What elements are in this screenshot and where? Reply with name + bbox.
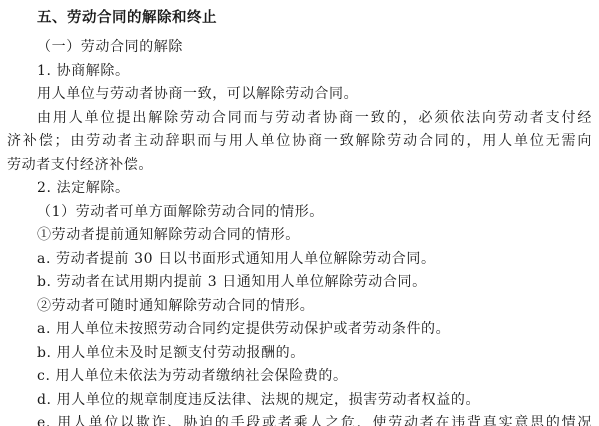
paragraph-line: 劳动者支付经济补偿。	[7, 156, 153, 174]
list-item: b. 劳动者在试用期内提前 3 日通知用人单位解除劳动合同。	[37, 273, 427, 291]
paragraph-line: 济补偿；由劳动者主动辞职而与用人单位协商一致解除劳动合同的，用人单位无需向	[7, 132, 592, 150]
subsection-heading: （一）劳动合同的解除	[37, 38, 183, 56]
list-item: e. 用人单位以欺诈、胁迫的手段或者乘人之危，使劳动者在违背真实意思的情况	[37, 414, 592, 426]
paragraph-line: 由用人单位提出解除劳动合同而与劳动者协商一致的，必须依法向劳动者支付经	[37, 109, 592, 127]
list-item: b. 用人单位未及时足额支付劳动报酬的。	[37, 344, 305, 362]
item-heading: 1. 协商解除。	[37, 62, 130, 80]
item-heading: 2. 法定解除。	[37, 179, 130, 197]
list-item: c. 用人单位未依法为劳动者缴纳社会保险费的。	[37, 367, 348, 385]
section-title: 五、劳动合同的解除和终止	[37, 6, 217, 27]
list-item: d. 用人单位的规章制度违反法律、法规的规定，损害劳动者权益的。	[37, 391, 480, 409]
list-item: ②劳动者可随时通知解除劳动合同的情形。	[37, 297, 314, 315]
list-item: a. 用人单位未按照劳动合同约定提供劳动保护或者劳动条件的。	[37, 320, 450, 338]
list-item: （1）劳动者可单方面解除劳动合同的情形。	[37, 203, 324, 221]
list-item: a. 劳动者提前 30 日以书面形式通知用人单位解除劳动合同。	[37, 250, 436, 268]
paragraph-line: 用人单位与劳动者协商一致，可以解除劳动合同。	[37, 85, 358, 103]
list-item: ①劳动者提前通知解除劳动合同的情形。	[37, 226, 300, 244]
